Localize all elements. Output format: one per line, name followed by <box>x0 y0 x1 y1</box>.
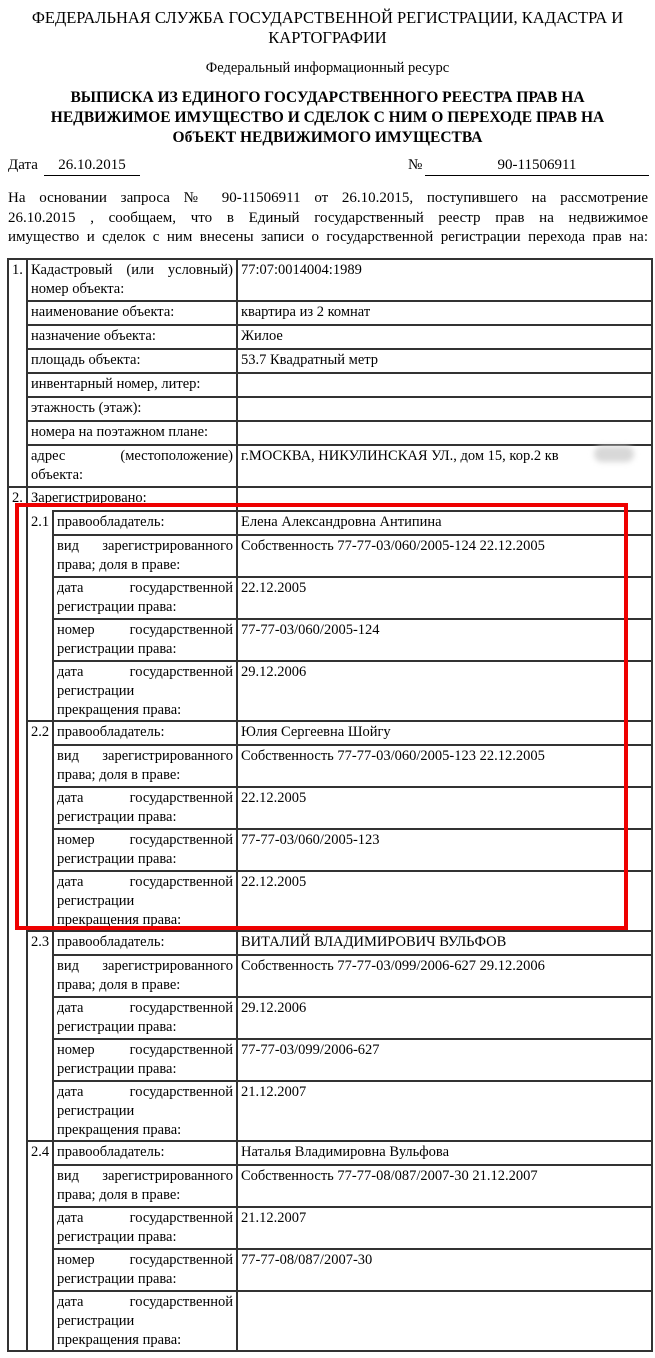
right-type-label-line: вид зарегистрированного <box>57 1167 233 1186</box>
reg-date-value: 21.12.2007 <box>238 1207 651 1248</box>
field-label-line: объекта: <box>31 466 233 485</box>
reg-number-value-line: 77-77-08/087/2007-30 <box>241 1251 648 1270</box>
reg-date-label-line: дата государственной <box>57 999 233 1018</box>
reg-date-label: дата государственнойрегистрации права: <box>54 997 236 1038</box>
holder-label: правообладатель: <box>54 931 236 954</box>
reg-date-label-line: дата государственной <box>57 1209 233 1228</box>
right-type-value-line: Собственность 77-77-08/087/2007-30 21.12… <box>241 1167 648 1186</box>
reg-number-label-line: номер государственной <box>57 1251 233 1270</box>
field-label-line: адрес (местоположение) <box>31 447 233 466</box>
highlight-box <box>15 503 628 930</box>
field-value: г.МОСКВА, НИКУЛИНСКАЯ УЛ., дом 15, кор.2… <box>238 445 651 486</box>
reg-number-label-line: регистрации права: <box>57 1270 233 1289</box>
reg-number-value-line: 77-77-03/099/2006-627 <box>241 1041 648 1060</box>
end-date-label-line: регистрации <box>57 1312 233 1331</box>
field-value-line: 77:07:0014004:1989 <box>241 261 648 280</box>
reg-number-label-line: регистрации права: <box>57 1060 233 1079</box>
holder-value: ВИТАЛИЙ ВЛАДИМИРОВИЧ ВУЛЬФОВ <box>238 931 651 954</box>
end-date-label-line: прекращения права: <box>57 1121 233 1140</box>
section-number-line: 1. <box>12 261 23 280</box>
table-rule <box>52 1140 54 1352</box>
field-label-line: номера на поэтажном плане: <box>31 423 233 442</box>
field-label-line: этажность (этаж): <box>31 399 233 418</box>
field-label: этажность (этаж): <box>28 397 236 420</box>
end-date-value <box>238 1291 651 1350</box>
field-label: адрес (местоположение)объекта: <box>28 445 236 486</box>
reg-number-value: 77-77-03/099/2006-627 <box>238 1039 651 1080</box>
field-label: номера на поэтажном плане: <box>28 421 236 444</box>
end-date-label-line: прекращения права: <box>57 1331 233 1350</box>
field-value-line: 53.7 Квадратный метр <box>241 351 648 370</box>
field-value: 53.7 Квадратный метр <box>238 349 651 372</box>
field-label-line: Кадастровый (или условный) <box>31 261 233 280</box>
reg-number-label-line: номер государственной <box>57 1041 233 1060</box>
entry-number: 2.3 <box>28 931 52 1140</box>
right-type-label-line: вид зарегистрированного <box>57 957 233 976</box>
holder-value-line: Наталья Владимировна Вульфова <box>241 1143 648 1162</box>
entry-number-line: 2.4 <box>31 1143 49 1162</box>
end-date-value: 21.12.2007 <box>238 1081 651 1140</box>
end-date-label-line: дата государственной <box>57 1293 233 1312</box>
table-rule <box>7 1350 653 1352</box>
right-type-value: Собственность 77-77-08/087/2007-30 21.12… <box>238 1165 651 1206</box>
field-value: Жилое <box>238 325 651 348</box>
holder-label-line: правообладатель: <box>57 933 233 952</box>
reg-date-label-line: регистрации права: <box>57 1228 233 1247</box>
field-value: квартира из 2 комнат <box>238 301 651 324</box>
table-rule <box>651 258 653 1352</box>
field-value: 77:07:0014004:1989 <box>238 259 651 300</box>
reg-date-value: 29.12.2006 <box>238 997 651 1038</box>
entry-number-line: 2.3 <box>31 933 49 952</box>
field-label: инвентарный номер, литер: <box>28 373 236 396</box>
holder-value: Наталья Владимировна Вульфова <box>238 1141 651 1164</box>
field-label-line: назначение объекта: <box>31 327 233 346</box>
holder-label: правообладатель: <box>54 1141 236 1164</box>
end-date-label-line: дата государственной <box>57 1083 233 1102</box>
field-label: площадь объекта: <box>28 349 236 372</box>
field-label-line: инвентарный номер, литер: <box>31 375 233 394</box>
field-value-line: Жилое <box>241 327 648 346</box>
field-value <box>238 397 651 420</box>
entry-number: 2.4 <box>28 1141 52 1350</box>
field-value <box>238 421 651 444</box>
reg-number-label: номер государственнойрегистрации права: <box>54 1039 236 1080</box>
right-type-label: вид зарегистрированногоправа; доля в пра… <box>54 1165 236 1206</box>
reg-date-value-line: 21.12.2007 <box>241 1209 648 1228</box>
table-rule <box>52 930 54 1142</box>
field-label-line: наименование объекта: <box>31 303 233 322</box>
end-date-value-line: 21.12.2007 <box>241 1083 648 1102</box>
reg-number-label: номер государственнойрегистрации права: <box>54 1249 236 1290</box>
right-type-value: Собственность 77-77-03/099/2006-627 29.1… <box>238 955 651 996</box>
reg-date-value-line: 29.12.2006 <box>241 999 648 1018</box>
reg-number-value: 77-77-08/087/2007-30 <box>238 1249 651 1290</box>
section-number: 1. <box>9 259 26 486</box>
reg-date-label-line: регистрации права: <box>57 1018 233 1037</box>
right-type-label-line: права; доля в праве: <box>57 1186 233 1205</box>
field-label: наименование объекта: <box>28 301 236 324</box>
field-label-line: площадь объекта: <box>31 351 233 370</box>
reg-date-label: дата государственнойрегистрации права: <box>54 1207 236 1248</box>
table-rule <box>7 258 9 1352</box>
end-date-label: дата государственнойрегистрациипрекращен… <box>54 1081 236 1140</box>
holder-value-line: ВИТАЛИЙ ВЛАДИМИРОВИЧ ВУЛЬФОВ <box>241 933 648 952</box>
field-label: назначение объекта: <box>28 325 236 348</box>
end-date-label-line: регистрации <box>57 1102 233 1121</box>
holder-label-line: правообладатель: <box>57 1143 233 1162</box>
field-value-line: квартира из 2 комнат <box>241 303 648 322</box>
field-value <box>238 373 651 396</box>
right-type-value-line: Собственность 77-77-03/099/2006-627 29.1… <box>241 957 648 976</box>
field-label-line: номер объекта: <box>31 280 233 299</box>
field-label: Кадастровый (или условный)номер объекта: <box>28 259 236 300</box>
field-value-line: г.МОСКВА, НИКУЛИНСКАЯ УЛ., дом 15, кор.2… <box>241 447 648 466</box>
right-type-label: вид зарегистрированногоправа; доля в пра… <box>54 955 236 996</box>
right-type-label-line: права; доля в праве: <box>57 976 233 995</box>
redacted-apartment-number <box>594 446 634 462</box>
end-date-label: дата государственнойрегистрациипрекращен… <box>54 1291 236 1350</box>
